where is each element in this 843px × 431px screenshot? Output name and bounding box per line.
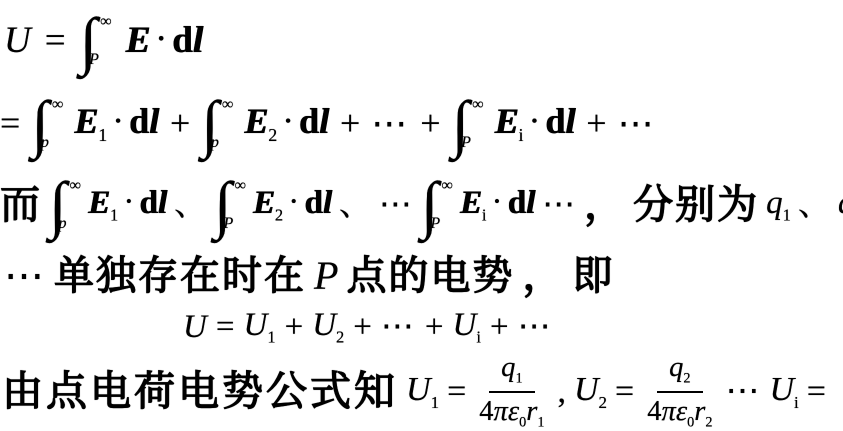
vector-E: E xyxy=(244,101,268,141)
vector-l: l xyxy=(526,185,535,221)
enumeration-comma: 、 xyxy=(339,187,372,223)
equals-sign: = xyxy=(216,309,235,345)
lower-limit-P: P xyxy=(223,215,245,233)
upper-limit-infinity: ∞ xyxy=(472,96,483,114)
equals-sign: = xyxy=(615,373,634,410)
epsilon-symbol: ε xyxy=(676,396,687,427)
numerator: q1 xyxy=(489,352,534,392)
subscript-i: i xyxy=(519,125,524,145)
equation-line-3: 而 ∫ ∞ p E1•dl 、 ∫ ∞ P E2•dl 、 ⋯ ∫ ∞ P xyxy=(0,165,843,245)
plus-sign: + xyxy=(420,104,440,144)
upper-limit-infinity: ∞ xyxy=(100,13,111,31)
subscript-1: 1 xyxy=(537,414,544,430)
plus-sign: + xyxy=(170,104,190,144)
vector-E: E xyxy=(460,185,482,221)
comma: , xyxy=(557,373,566,410)
Ui: Ui xyxy=(769,371,798,412)
equation-line-5: U = U1 + U2 + ⋯ + Ui + ⋯ xyxy=(183,302,553,352)
ellipsis: ⋯ xyxy=(379,187,414,223)
digit-4: 4 xyxy=(479,396,493,427)
ellipsis: ⋯ xyxy=(725,373,761,410)
denominator: 4πε0r2 xyxy=(647,393,712,431)
var-r: r xyxy=(694,396,705,427)
E1-dot-dl: E1•dl xyxy=(88,185,167,225)
dot-operator: • xyxy=(126,194,131,210)
dot-operator: • xyxy=(158,29,164,48)
vector-E: E xyxy=(126,20,151,61)
lower-limit-p: p xyxy=(59,215,81,233)
integral-P-infinity: ∫ ∞ P xyxy=(452,92,484,156)
pi-symbol: π xyxy=(494,396,508,427)
U2: U2 xyxy=(574,371,607,412)
fraction-q2-over-4pi-eps0-r2: q2 4πε0r2 xyxy=(647,352,712,431)
dot-operator: • xyxy=(285,112,291,130)
upper-limit-infinity: ∞ xyxy=(441,177,452,195)
cn-point-potential: 点的电势 xyxy=(346,254,514,298)
Ei-dot-dl: Ei•dl xyxy=(495,102,576,146)
equals-sign: = xyxy=(45,21,66,62)
subscript-1: 1 xyxy=(515,371,522,387)
subscript-i: i xyxy=(794,393,799,412)
subscript-1: 1 xyxy=(431,393,440,412)
ellipsis: ⋯ xyxy=(4,254,46,298)
differential-d: d xyxy=(545,101,565,141)
var-U: U xyxy=(4,21,31,62)
vector-E: E xyxy=(74,101,98,141)
dot-operator: • xyxy=(532,112,538,130)
E2-dot-dl: E2•dl xyxy=(253,185,332,225)
plus-sign: + xyxy=(340,104,360,144)
text-line-4: ⋯ 单独存在时在 P 点的电势 ， 即 xyxy=(4,248,614,304)
cn-alone-exist-at: 单独存在时在 xyxy=(54,254,306,298)
var-r: r xyxy=(526,396,537,427)
integral-p-infinity: ∫ ∞ p xyxy=(49,173,81,237)
lower-limit-P: P xyxy=(461,134,483,152)
integral-limits: ∞ P xyxy=(469,94,483,154)
pi-symbol: π xyxy=(662,396,676,427)
subscript-2: 2 xyxy=(599,393,608,412)
U2: U2 xyxy=(312,307,344,347)
subscript-1: 1 xyxy=(783,206,791,225)
vector-E: E xyxy=(88,185,110,221)
scanned-textbook-page: U = ∫ ∞ P E•dl = ∫ ∞ p E1•dl + ∫ ∞ p xyxy=(0,0,843,431)
integral-p-infinity: ∫ ∞ p xyxy=(201,92,233,156)
E-dot-dl: E•dl xyxy=(126,21,203,62)
var-U: U xyxy=(312,307,336,343)
cjk-comma: ， xyxy=(584,183,626,227)
var-q: q xyxy=(766,185,783,221)
subscript-2: 2 xyxy=(683,371,690,387)
cn-from-point-charge-formula: 由点电荷电势公式知 xyxy=(2,369,398,414)
U1: U1 xyxy=(406,371,439,412)
cn-respectively-are: 分别为 xyxy=(633,183,759,227)
var-q: q xyxy=(669,352,683,383)
q2: q2 xyxy=(838,185,843,225)
integral-p-infinity: ∫ ∞ p xyxy=(31,92,63,156)
var-U: U xyxy=(453,307,477,343)
subscript-1: 1 xyxy=(98,125,107,145)
subscript-i: i xyxy=(482,206,487,225)
lower-limit-P: P xyxy=(430,215,452,233)
plus-sign: + xyxy=(353,309,372,345)
differential-d: d xyxy=(139,185,157,221)
subscript-2: 2 xyxy=(336,328,344,347)
cn-while: 而 xyxy=(0,183,42,227)
vector-l: l xyxy=(158,185,167,221)
var-U: U xyxy=(574,371,599,408)
differential-d: d xyxy=(172,20,193,61)
var-q: q xyxy=(501,352,515,383)
upper-limit-infinity: ∞ xyxy=(222,96,233,114)
dot-operator: • xyxy=(291,194,296,210)
integral-limits: ∞ p xyxy=(49,94,63,154)
var-U: U xyxy=(769,371,794,408)
ellipsis: ⋯ xyxy=(542,187,577,223)
ellipsis: ⋯ xyxy=(618,104,656,144)
differential-d: d xyxy=(508,185,526,221)
U1: U1 xyxy=(243,307,275,347)
vector-l: l xyxy=(149,101,159,141)
var-U: U xyxy=(243,307,267,343)
integral-P-infinity: ∫ ∞ P xyxy=(421,173,453,237)
cn-that-is: 即 xyxy=(572,254,614,298)
equals-sign: = xyxy=(807,373,826,410)
subscript-2: 2 xyxy=(268,125,277,145)
lower-limit-p: p xyxy=(41,134,63,152)
upper-limit-infinity: ∞ xyxy=(234,177,245,195)
var-U: U xyxy=(406,371,431,408)
Ei-dot-dl: Ei•dl xyxy=(460,185,535,225)
Ui: Ui xyxy=(453,307,481,347)
integral-limits: ∞ p xyxy=(67,175,81,235)
epsilon-symbol: ε xyxy=(508,396,519,427)
ellipsis: ⋯ xyxy=(381,309,416,345)
ellipsis: ⋯ xyxy=(371,104,409,144)
vector-E: E xyxy=(253,185,275,221)
subscript-i: i xyxy=(476,328,481,347)
integral-limits: ∞ P xyxy=(97,11,111,71)
dot-operator: • xyxy=(115,112,121,130)
upper-limit-infinity: ∞ xyxy=(70,177,81,195)
integral-P-infinity: ∫ ∞ P xyxy=(214,173,246,237)
fraction-q1-over-4pi-eps0-r1: q1 4πε0r1 xyxy=(479,352,544,431)
plus-sign: + xyxy=(285,309,304,345)
enumeration-comma: 、 xyxy=(798,187,831,223)
vector-E: E xyxy=(495,101,519,141)
subscript-2: 2 xyxy=(275,206,283,225)
q1: q1 xyxy=(766,185,791,225)
enumeration-comma: 、 xyxy=(174,187,207,223)
differential-d: d xyxy=(299,101,319,141)
var-q: q xyxy=(838,185,843,221)
subscript-1: 1 xyxy=(110,206,118,225)
cjk-comma: ， xyxy=(522,254,564,298)
var-P: P xyxy=(314,254,338,298)
integral-limits: ∞ p xyxy=(219,94,233,154)
dot-operator: • xyxy=(494,194,499,210)
differential-d: d xyxy=(304,185,322,221)
numerator: q2 xyxy=(657,352,702,392)
equation-line-2: = ∫ ∞ p E1•dl + ∫ ∞ p E2•dl + ⋯ + ∫ ∞ P xyxy=(0,80,656,168)
upper-limit-infinity: ∞ xyxy=(52,96,63,114)
subscript-2: 2 xyxy=(705,414,712,430)
lower-limit-P: P xyxy=(89,51,111,69)
var-U: U xyxy=(183,309,207,345)
plus-sign: + xyxy=(425,309,444,345)
integral-limits: ∞ P xyxy=(438,175,452,235)
integral-limits: ∞ P xyxy=(231,175,245,235)
ellipsis: ⋯ xyxy=(518,309,553,345)
denominator: 4πε0r1 xyxy=(479,393,544,431)
equals-sign: = xyxy=(447,373,466,410)
equals-sign: = xyxy=(0,104,20,144)
vector-l: l xyxy=(193,20,203,61)
differential-d: d xyxy=(129,101,149,141)
E1-dot-dl: E1•dl xyxy=(74,102,159,146)
vector-l: l xyxy=(319,101,329,141)
plus-sign: + xyxy=(490,309,509,345)
lower-limit-p: p xyxy=(211,134,233,152)
vector-l: l xyxy=(323,185,332,221)
subscript-1: 1 xyxy=(267,328,275,347)
equation-line-6: 由点电荷电势公式知 U1 = q1 4πε0r1 , U2 = q2 4πε0r… xyxy=(2,352,826,431)
E2-dot-dl: E2•dl xyxy=(244,102,329,146)
equation-line-1: U = ∫ ∞ P E•dl xyxy=(4,0,203,82)
digit-4: 4 xyxy=(647,396,661,427)
vector-l: l xyxy=(565,101,575,141)
integral-P-infinity: ∫ ∞ P xyxy=(80,9,112,73)
plus-sign: + xyxy=(586,104,606,144)
